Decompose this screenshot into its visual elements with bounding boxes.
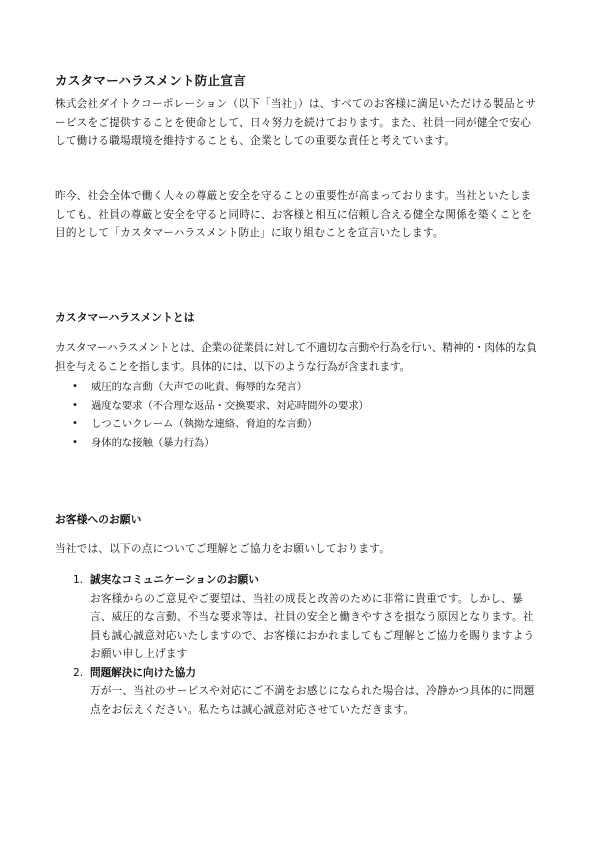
definition-paragraph: カスタマーハラスメントとは、企業の従業員に対して不適切な言動や行為を行い、精神的… [55,339,540,376]
request-paragraph: 当社では、以下の点についてご理解とご協力をお願いしております。 [55,540,540,559]
harassment-examples-list: •威圧的な言動（大声での叱責、侮辱的な発言） •過度な要求（不合理な返品・交換要… [55,378,369,452]
item-body: お客様からのご意見やご要望は、当社の成長と改善のために非常に貴重です。しかし、暴… [90,590,540,664]
bullet-icon: • [72,415,78,434]
list-item-text: 過度な要求（不合理な返品・交換要求、対応時間外の要求） [91,400,369,412]
document-title: カスタマーハラスメント防止宣言 [55,71,246,89]
intro-paragraph-1: 株式会社ダイトクコーポレーション（以下「当社」）は、すべてのお客様に満足いただけ… [55,95,540,151]
bullet-icon: • [72,434,78,453]
item-title: 誠実なコミュニケーションのお願い [90,571,540,590]
bullet-icon: • [72,397,78,416]
item-body: 万が一、当社のサービスや対応にご不満をお感じになられた場合は、冷静かつ具体的に問… [90,682,540,719]
section-heading-definition: カスタマーハラスメントとは [55,310,195,325]
item-title: 問題解決に向けた協力 [90,664,540,683]
list-item-text: しつこいクレーム（執拗な連絡、脅迫的な言動） [91,418,317,430]
request-items-list: 1. 誠実なコミュニケーションのお願い お客様からのご意見やご要望は、当社の成長… [55,571,540,719]
list-item-text: 身体的な接触（暴力行為） [91,437,215,449]
list-item: •過度な要求（不合理な返品・交換要求、対応時間外の要求） [55,397,369,416]
list-item: •威圧的な言動（大声での叱責、侮辱的な発言） [55,378,369,397]
list-item-text: 威圧的な言動（大声での叱責、侮辱的な発言） [91,381,307,393]
list-item: •しつこいクレーム（執拗な連絡、脅迫的な言動） [55,415,369,434]
list-item: 2. 問題解決に向けた協力 万が一、当社のサービスや対応にご不満をお感じになられ… [55,664,540,720]
item-number: 2. [73,664,83,683]
bullet-icon: • [72,378,78,397]
list-item: •身体的な接触（暴力行為） [55,434,369,453]
list-item: 1. 誠実なコミュニケーションのお願い お客様からのご意見やご要望は、当社の成長… [55,571,540,664]
intro-paragraph-2: 昨今、社会全体で働く人々の尊厳と安全を守ることの重要性が高まっております。当社と… [55,187,540,243]
section-heading-request: お客様へのお願い [55,512,141,527]
item-number: 1. [73,571,83,590]
